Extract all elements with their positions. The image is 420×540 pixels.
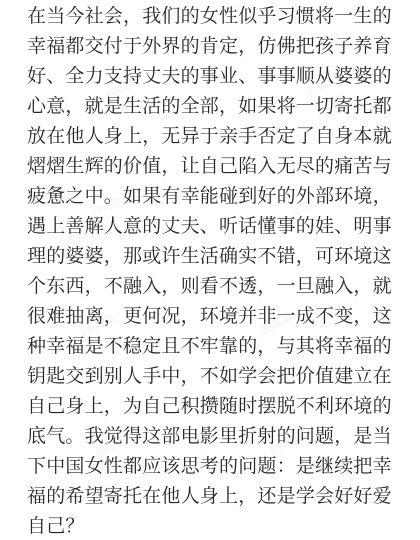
text-line: 底气。我觉得这部电影里折射的问题，是当 (27, 422, 395, 452)
text-line: 遇上善解人意的丈夫、听话懂事的娃、明事 (27, 212, 395, 242)
text-line: 钥匙交到别人手中，不如学会把价值建立在 (27, 362, 395, 392)
text-line: 种幸福是不稳定且不牢靠的，与其将幸福的 (27, 332, 395, 362)
text-line: 疲惫之中。如果有幸能碰到好的外部环境， (27, 182, 395, 212)
text-line: 自己身上，为自己积攒随时摆脱不利环境的 (27, 392, 395, 422)
text-line: 好、全力支持丈夫的事业、事事顺从婆婆的 (27, 62, 395, 92)
text-page: 98/C87-Sh17-Sh7-Sh608/C898/C88698698/C1d… (0, 0, 420, 540)
text-line: 很难抽离，更何况，环境并非一成不变，这 (27, 302, 395, 332)
text-line: 在当今社会，我们的女性似乎习惯将一生的 (27, 2, 395, 32)
text-line: 幸福都交付于外界的肯定，仿佛把孩子养育 (27, 32, 395, 62)
text-line: 理的婆婆，那或许生活确实不错，可环境这 (27, 242, 395, 272)
text-line: 个东西，不融入，则看不透，一旦融入，就 (27, 272, 395, 302)
text-line: 心意，就是生活的全部，如果将一切寄托都 (27, 92, 395, 122)
text-line: 下中国女性都应该思考的问题：是继续把幸 (27, 452, 395, 482)
text-line: 放在他人身上，无异于亲手否定了自身本就 (27, 122, 395, 152)
text-line: 自己？ (27, 512, 395, 540)
text-line: 熠熠生辉的价值，让自己陷入无尽的痛苦与 (27, 152, 395, 182)
text-line: 福的希望寄托在他人身上，还是学会好好爱 (27, 482, 395, 512)
paragraph: 在当今社会，我们的女性似乎习惯将一生的幸福都交付于外界的肯定，仿佛把孩子养育好、… (27, 2, 395, 540)
